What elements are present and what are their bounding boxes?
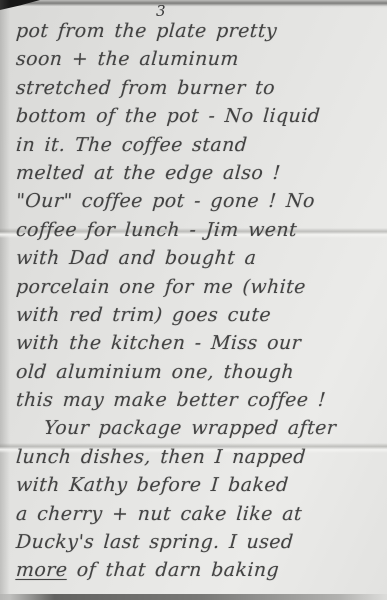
- handwriting-line: Ducky's last spring. I used: [15, 528, 379, 556]
- handwriting-line: porcelain one for me (white: [15, 273, 379, 301]
- handwriting-line: "Our" coffee pot - gone ! No: [15, 187, 379, 215]
- bottom-edge-shadow: [0, 594, 387, 600]
- letter-page: 3 pot from the plate pretty soon + the a…: [0, 0, 387, 600]
- handwriting-line: pot from the plate pretty: [15, 17, 379, 45]
- handwriting-line: bottom of the pot - No liquid: [15, 102, 379, 130]
- handwriting-line: with Dad and bought a: [15, 244, 379, 272]
- handwriting-line: stretched from burner to: [15, 74, 379, 102]
- handwriting-line: this may make better coffee !: [15, 386, 379, 414]
- handwriting-line: lunch dishes, then I napped: [15, 443, 379, 471]
- handwriting-line: with red trim) goes cute: [15, 301, 379, 329]
- left-edge-shade: [0, 0, 10, 600]
- handwriting-line: in it. The coffee stand: [15, 131, 379, 159]
- handwriting-line: more of that darn baking: [15, 556, 379, 584]
- underlined-word: more: [15, 559, 68, 581]
- handwriting-line: with Kathy before I baked: [15, 471, 379, 499]
- handwriting-line-paragraph-start: Your package wrapped after: [15, 414, 379, 442]
- handwriting-line: with the kitchen - Miss our: [15, 329, 379, 357]
- handwriting-line: soon + the aluminum: [15, 45, 379, 73]
- handwriting-line: old aluminium one, though: [15, 358, 379, 386]
- handwriting-line: coffee for lunch - Jim went: [15, 216, 379, 244]
- handwritten-text: pot from the plate pretty soon + the alu…: [15, 17, 377, 585]
- handwriting-line: melted at the edge also !: [15, 159, 379, 187]
- top-edge-shadow: [0, 0, 387, 8]
- handwriting-line: a cherry + nut cake like at: [15, 500, 379, 528]
